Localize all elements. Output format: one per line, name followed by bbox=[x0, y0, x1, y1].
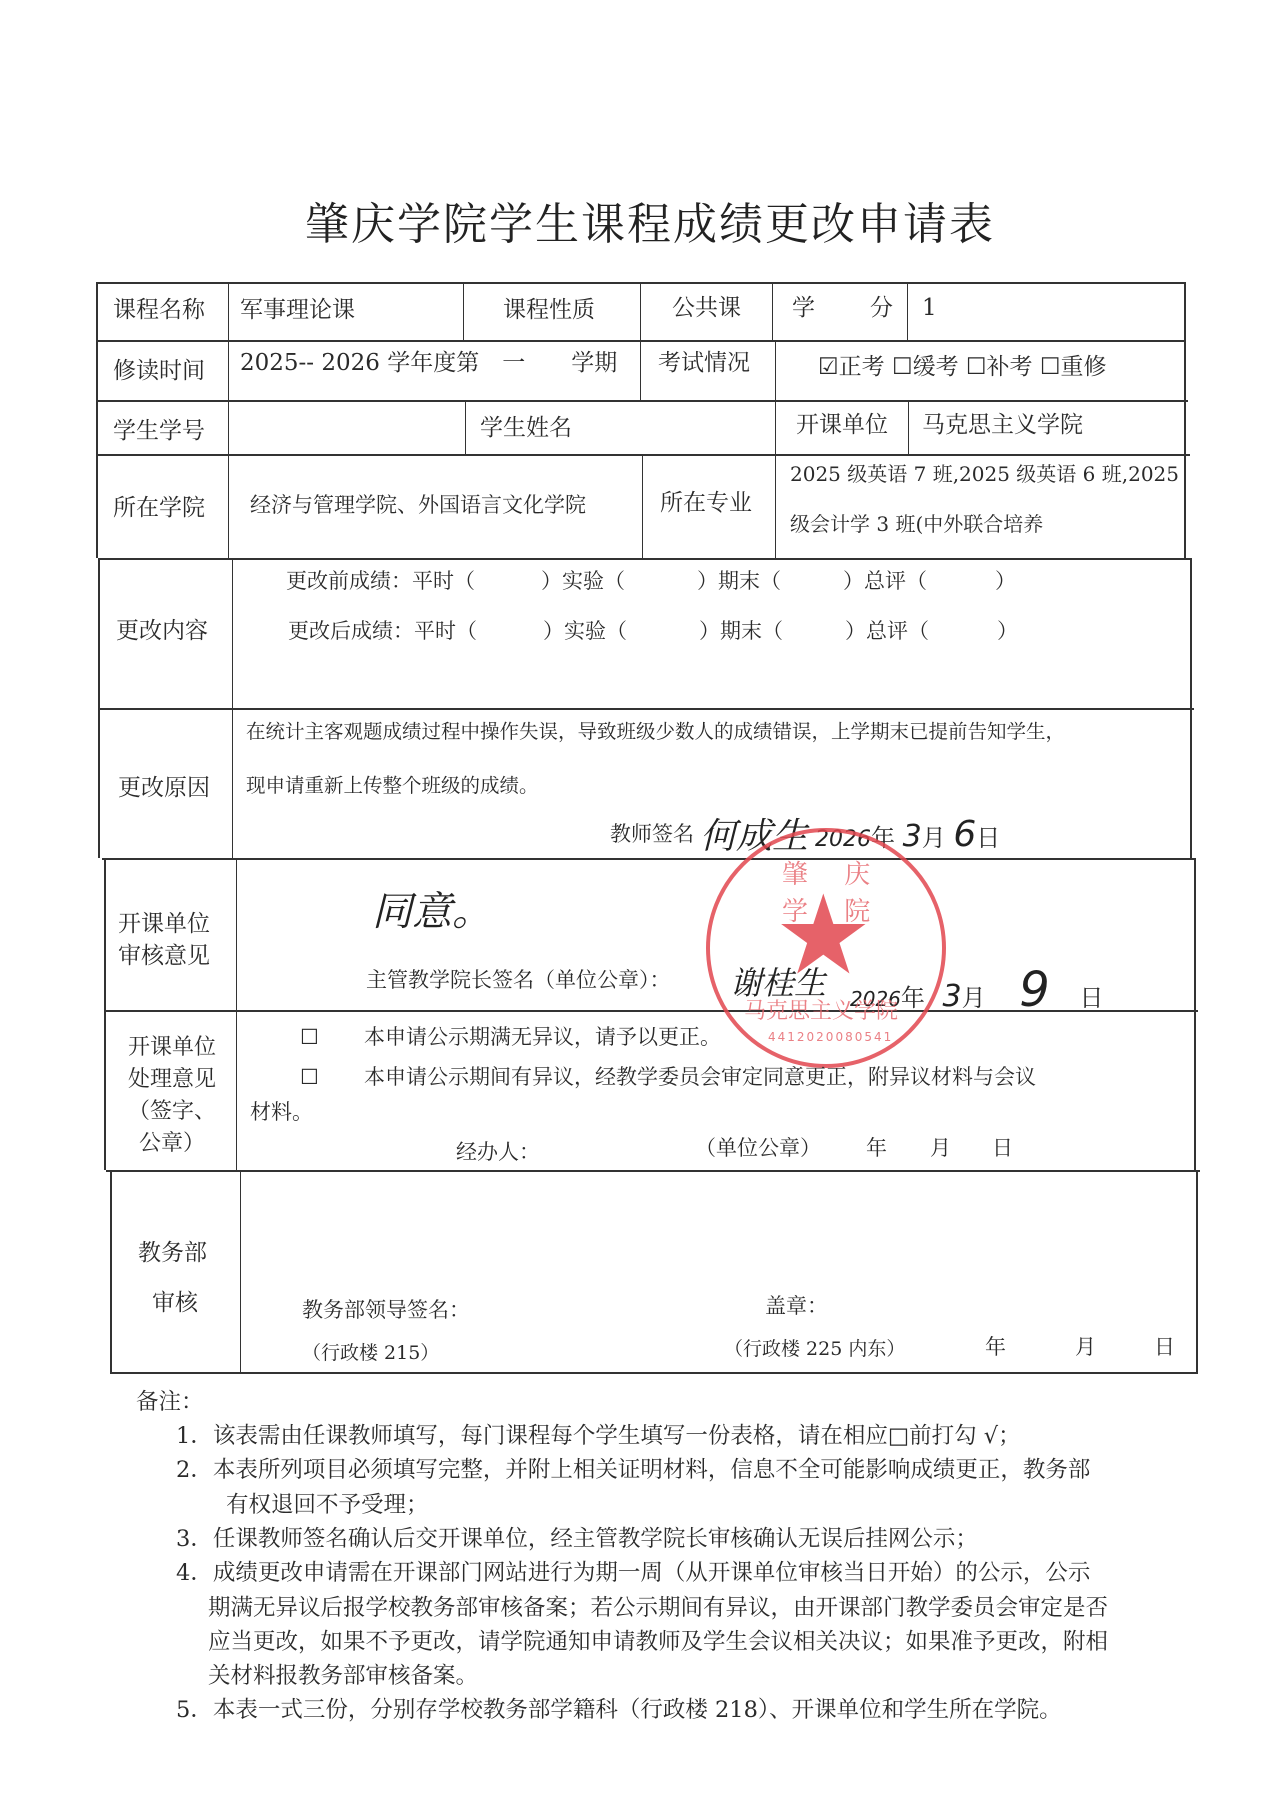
unit-seal-label: （单位公章） bbox=[695, 1136, 821, 1161]
major-value-line2[interactable]: 级会计学 3 班(中外联合培养 bbox=[790, 512, 1043, 536]
process-year-label: 年 bbox=[866, 1136, 887, 1161]
teacher-sign-day[interactable]: 6 bbox=[953, 814, 976, 855]
note-item-1: 1．该表需由任课教师填写，每门课程每个学生填写一份表格，请在相应□前打勾 √； bbox=[176, 1418, 1021, 1450]
handler-label: 经办人： bbox=[456, 1140, 540, 1165]
note-item-2-cont: 有权退回不予受理； bbox=[226, 1487, 429, 1519]
reason-label: 更改原因 bbox=[118, 775, 210, 803]
credit-label-2: 分 bbox=[870, 295, 893, 323]
student-id-label: 学生学号 bbox=[113, 418, 205, 446]
teacher-signature-label: 教师签名 bbox=[610, 822, 694, 847]
official-seal-stamp: 肇 庆 学 院 ★ 马克思主义学院 4412020080541 bbox=[706, 828, 946, 1068]
option1-text: 本申请公示期满无异议，请予以更正。 bbox=[364, 1025, 721, 1050]
seal-number: 4412020080541 bbox=[768, 1030, 893, 1044]
checkbox-makeup-exam[interactable]: ☐补考 bbox=[966, 354, 1033, 380]
student-name-label: 学生姓名 bbox=[480, 415, 572, 443]
change-content-label: 更改内容 bbox=[116, 618, 208, 646]
seal-label: 盖章： bbox=[765, 1294, 828, 1319]
course-name-label: 课程名称 bbox=[113, 297, 205, 325]
exam-options: ☑正考 ☐缓考 ☐补考 ☐重修 bbox=[818, 354, 1106, 382]
course-type-label: 课程性质 bbox=[503, 297, 595, 325]
course-name-value[interactable]: 军事理论课 bbox=[240, 297, 355, 325]
option2-checkbox[interactable]: ☐ bbox=[300, 1065, 319, 1090]
academic-affairs-label-2: 审核 bbox=[152, 1290, 198, 1318]
page-title: 肇庆学院学生课程成绩更改申请表 bbox=[0, 188, 1280, 252]
student-id-field[interactable] bbox=[240, 418, 460, 448]
major-label: 所在专业 bbox=[660, 490, 752, 518]
note-item-4-cont-1: 期满无异议后报学校教务部审核备案；若公示期间有异议，由开课部门教学委员会审定是否 bbox=[208, 1590, 1108, 1622]
checkbox-checked-icon: ☑ bbox=[818, 354, 839, 382]
checkbox-deferred-exam[interactable]: ☐缓考 bbox=[892, 354, 959, 380]
unit-review-label: 开课单位 审核意见 bbox=[118, 908, 210, 972]
affairs-month-label: 月 bbox=[1075, 1335, 1096, 1360]
credit-label-1: 学 bbox=[792, 295, 815, 323]
unit-review-opinion[interactable]: 同意。 bbox=[372, 880, 492, 937]
reason-text-line2[interactable]: 现申请重新上传整个班级的成绩。 bbox=[246, 774, 539, 797]
college-value[interactable]: 经济与管理学院、外国语言文化学院 bbox=[250, 493, 586, 518]
seal-location: （行政楼 225 内东） bbox=[724, 1338, 905, 1361]
checkbox-empty-icon: ☐ bbox=[1040, 354, 1061, 382]
note-item-4-cont-2: 应当更改，如果不予更改，请学院通知申请教师及学生会议相关决议；如果准予更改，附相 bbox=[208, 1624, 1108, 1656]
checkbox-regular-exam[interactable]: ☑正考 bbox=[818, 354, 885, 380]
reason-text-line1[interactable]: 在统计主客观题成绩过程中操作失误，导致班级少数人的成绩错误，上学期末已提前告知学… bbox=[246, 720, 1065, 743]
unit-label: 开课单位 bbox=[796, 412, 888, 440]
unit-value[interactable]: 马克思主义学院 bbox=[922, 412, 1083, 440]
student-name-field[interactable] bbox=[650, 415, 770, 445]
dean-sign-day[interactable]: 9 bbox=[1019, 962, 1050, 1018]
unit-process-label: 开课单位 处理意见 （签字、 公章） bbox=[120, 1032, 224, 1160]
note-item-4: 4．成绩更改申请需在开课部门网站进行为期一周（从开课单位审核当日开始）的公示，公… bbox=[176, 1555, 1090, 1587]
note-item-4-cont-3: 关材料报教务部审核备案。 bbox=[208, 1658, 478, 1690]
leader-location: （行政楼 215） bbox=[302, 1342, 439, 1365]
option1-checkbox[interactable]: ☐ bbox=[300, 1025, 319, 1050]
teacher-sign-month[interactable]: 3 bbox=[903, 819, 922, 854]
course-type-value[interactable]: 公共课 bbox=[672, 295, 741, 323]
process-day-label: 日 bbox=[992, 1136, 1013, 1161]
option2-text-cont: 材料。 bbox=[250, 1100, 313, 1125]
affairs-year-label: 年 bbox=[985, 1335, 1006, 1360]
note-item-2: 2．本表所列项目必须填写完整，并附上相关证明材料，信息不全可能影响成绩更正，教务… bbox=[176, 1452, 1090, 1484]
grades-before-row: 更改前成绩：平时（）实验（）期末（）总评（） bbox=[286, 569, 1016, 594]
seal-bottom-text: 马克思主义学院 bbox=[744, 994, 898, 1025]
major-value-line1[interactable]: 2025 级英语 7 班,2025 级英语 6 班,2025 bbox=[790, 462, 1179, 486]
exam-status-label: 考试情况 bbox=[658, 350, 750, 378]
checkbox-empty-icon: ☐ bbox=[892, 354, 913, 382]
grades-after-row: 更改后成绩：平时（）实验（）期末（）总评（） bbox=[288, 619, 1018, 644]
dean-signature-label: 主管教学院长签名（单位公章）： bbox=[366, 968, 671, 993]
option2-text: 本申请公示期间有异议，经教学委员会审定同意更正，附异议材料与会议 bbox=[364, 1065, 1036, 1090]
checkbox-empty-icon: ☐ bbox=[966, 354, 987, 382]
checkbox-retake[interactable]: ☐重修 bbox=[1040, 354, 1107, 380]
credit-value[interactable]: 1 bbox=[922, 295, 937, 323]
leader-signature-label: 教务部领导签名： bbox=[302, 1298, 470, 1323]
period-label: 修读时间 bbox=[113, 358, 205, 386]
note-item-3: 3．任课教师签名确认后交开课单位，经主管教学院长审核确认无误后挂网公示； bbox=[176, 1521, 978, 1553]
period-value[interactable]: 2025-- 2026 学年度第 一 学期 bbox=[240, 350, 617, 378]
dean-sign-month[interactable]: 3 bbox=[943, 979, 962, 1014]
academic-affairs-label-1: 教务部 bbox=[138, 1240, 207, 1268]
affairs-day-label: 日 bbox=[1154, 1335, 1175, 1360]
star-icon: ★ bbox=[774, 880, 873, 990]
notes-heading: 备注： bbox=[136, 1384, 204, 1416]
process-month-label: 月 bbox=[930, 1136, 951, 1161]
college-label: 所在学院 bbox=[113, 495, 205, 523]
note-item-5: 5．本表一式三份，分别存学校教务部学籍科（行政楼 218）、开课单位和学生所在学… bbox=[176, 1692, 1062, 1724]
